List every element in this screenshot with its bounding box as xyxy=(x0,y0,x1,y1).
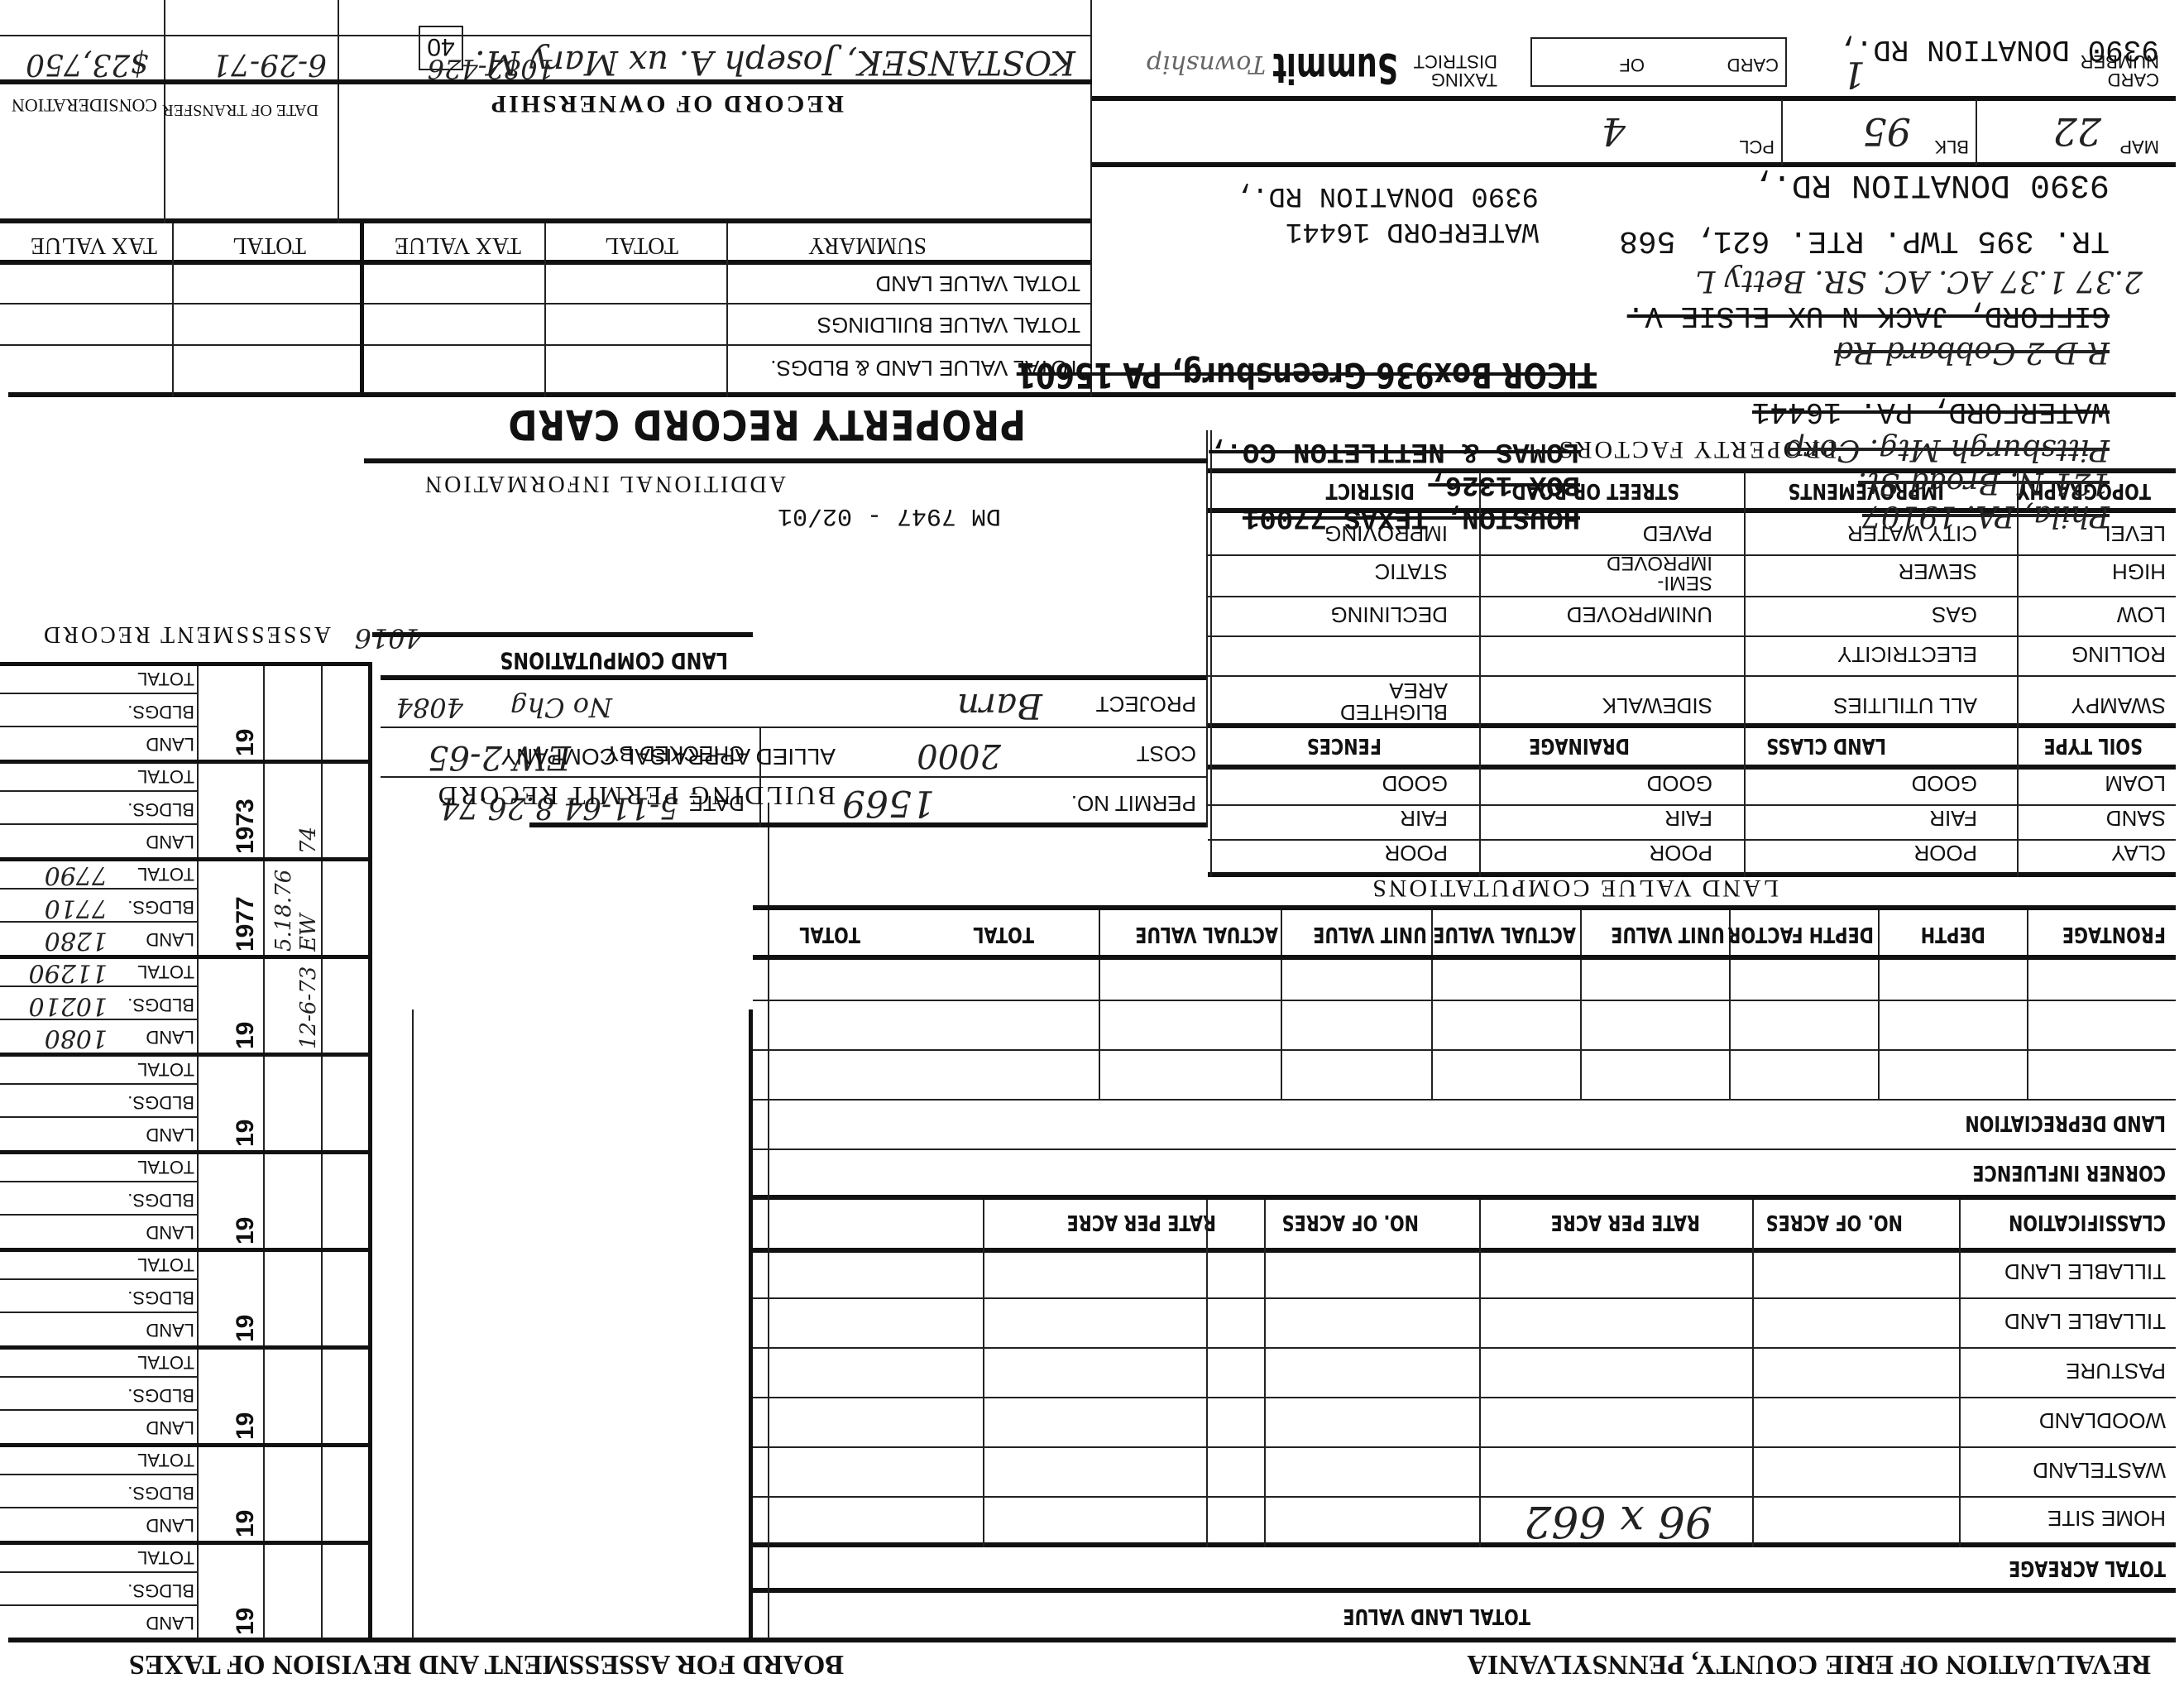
address-9390-donation: 9390 DONATION RD., xyxy=(1752,165,2110,203)
assessment-year-block: 19LANDBLDGS.TOTAL xyxy=(0,1345,372,1443)
soil-sand: SAND xyxy=(2106,805,2166,831)
woodland-label: WOODLAND xyxy=(2039,1407,2166,1433)
address-waterford-old: WATERFORD, PA. 16441 xyxy=(1752,395,2110,429)
blk-label: BLK xyxy=(1934,136,1969,157)
township-stamp: Township xyxy=(1147,50,1266,79)
lvc-unit-value-1: UNIT VALUE xyxy=(1611,922,1725,947)
assessment-row-label-bldgs: BLDGS. xyxy=(127,1091,194,1113)
assessment-row-label-bldgs: BLDGS. xyxy=(127,1580,194,1601)
assessment-row-label-total: TOTAL xyxy=(137,1351,194,1373)
appraisal-company: ALLIED APPRAISAL COMPANY xyxy=(500,743,836,770)
assessment-year: 1973 xyxy=(232,798,260,854)
topo-rolling: ROLLING xyxy=(2071,641,2166,667)
lvc-frontage: FRONTAGE xyxy=(2062,922,2166,947)
soil-clay: CLAY xyxy=(2111,840,2166,866)
card-number-label: CARD NUMBER xyxy=(2060,52,2159,89)
blk-value: 95 xyxy=(1862,109,1911,154)
assessment-row-label-total: TOTAL xyxy=(137,1058,194,1080)
assessment-value: 1280 xyxy=(45,926,108,955)
assessment-year-block: 19LANDBLDGS.TOTAL xyxy=(0,1248,372,1345)
project-value: Barn xyxy=(957,686,1042,727)
assessment-row-label-bldgs: BLDGS. xyxy=(127,994,194,1015)
topo-low: LOW xyxy=(2117,602,2166,627)
assessment-row-label-total: TOTAL xyxy=(137,1156,194,1177)
fences-poor: POOR xyxy=(1384,840,1448,866)
impr-all-utilities: ALL UTILITIES xyxy=(1833,693,1977,718)
assessment-year-block: 19LANDBLDGS.TOTAL xyxy=(0,1150,372,1248)
col-no-of-acres-2: NO. OF ACRES xyxy=(1282,1210,1419,1235)
col-rate-per-acre-1: RATE PER ACRE xyxy=(1551,1210,1700,1235)
header-revaluation-title: REVALUATION OF ERIE COUNTY, PENNSYLVANIA xyxy=(1467,1648,2151,1680)
street-sidewalk: SIDEWALK xyxy=(1602,693,1712,718)
drainage-fair: FAIR xyxy=(1664,805,1712,831)
header-board-title: BOARD FOR ASSESSMENT AND REVISION OF TAX… xyxy=(129,1648,844,1680)
assessment-row-label-land: LAND xyxy=(146,928,194,950)
lvc-total-1: TOTAL xyxy=(973,922,1034,947)
impr-sewer: SEWER xyxy=(1899,559,1977,584)
impr-gas: GAS xyxy=(1932,602,1977,627)
summary-total-land: TOTAL VALUE LAND xyxy=(875,271,1080,296)
card-number-value: 1 xyxy=(1842,53,1865,95)
ownership-title: RECORD OF OWNERSHIP xyxy=(489,89,844,117)
assessment-year: 1977 xyxy=(232,896,260,952)
card-of-of-label: OF xyxy=(1619,54,1645,75)
lvc-actual-value-2: ACTUAL VALUE xyxy=(1135,922,1278,947)
mortgage-pittsburgh: Pittsburgh Mtg. Corp xyxy=(1786,433,2110,467)
drainage-good: GOOD xyxy=(1647,770,1712,796)
lvc-depth-factor: DEPTH FACTOR xyxy=(1727,922,1874,947)
assessment-record-title: ASSESSMENT RECORD xyxy=(41,621,331,647)
lvc-depth: DEPTH xyxy=(1921,922,1985,947)
land-computations-note: 4016 xyxy=(355,622,422,654)
assessment-row-label-total: TOTAL xyxy=(137,1254,194,1275)
assessment-year-block: 19LANDBLDGS.TOTAL xyxy=(0,662,372,760)
building-permit-title: BUILDING PERMIT RECORD xyxy=(436,780,836,811)
assessment-row-label-land: LAND xyxy=(146,831,194,852)
assessment-row-label-total: TOTAL xyxy=(137,1547,194,1568)
col-rate-per-acre-2: RATE PER ACRE xyxy=(1067,1210,1216,1235)
topo-high: HIGH xyxy=(2112,559,2166,584)
assessment-row-label-land: LAND xyxy=(146,1417,194,1438)
additional-info-label: ADDITIONAL INFORMATION xyxy=(423,470,786,496)
parcel-row: MAP 22 BLK 95 PCL 4 xyxy=(1092,99,2176,165)
date-of-transfer-label: DATE OF TRANSFER xyxy=(162,100,318,119)
assessment-row-label-bldgs: BLDGS. xyxy=(127,896,194,918)
permit-note-no-chg: No Chg xyxy=(510,692,612,723)
assessment-year-block: 19LANDBLDGS.TOTAL xyxy=(0,1053,372,1150)
land-value-computations-title: LAND VALUE COMPUTATIONS xyxy=(1370,874,1779,902)
record-of-ownership: RECORD OF OWNERSHIP DATE OF TRANSFER CON… xyxy=(0,0,1092,182)
topo-swampy: SWAMPY xyxy=(2071,693,2166,718)
permit-no-label: PERMIT NO. xyxy=(1071,790,1196,816)
assessment-year: 19 xyxy=(232,1120,260,1147)
impr-electricity: ELECTRICITY xyxy=(1837,641,1977,667)
cost-value: 2000 xyxy=(917,736,1001,774)
taxing-district-value: Summit xyxy=(1272,44,1398,92)
summary-col-total-1: TOTAL xyxy=(605,232,678,258)
assessment-row-label-land: LAND xyxy=(146,1221,194,1243)
col-no-of-acres-1: NO. OF ACRES xyxy=(1766,1210,1903,1235)
street-paved: PAVED xyxy=(1643,520,1712,546)
assessment-row-label-total: TOTAL xyxy=(137,961,194,982)
assessment-note: 5.18.76 EW xyxy=(271,861,321,952)
cost-label: COST xyxy=(1137,741,1196,766)
assessment-year: 19 xyxy=(232,729,260,756)
box-number: 40 xyxy=(419,26,463,70)
corner-influence-label: CORNER INFLUENCE xyxy=(1972,1160,2166,1185)
assessment-row-label-bldgs: BLDGS. xyxy=(127,798,194,820)
property-factors-section: CLAY POOR POOR POOR SAND FAIR FAIR FAIR … xyxy=(1208,546,2176,877)
lvc-unit-value-2: UNIT VALUE xyxy=(1313,922,1427,947)
assessment-year-block: 197374LANDBLDGS.TOTAL xyxy=(0,760,372,857)
summary-col-tax-value-2: TAX VALUE xyxy=(31,232,157,258)
lvc-actual-value-1: ACTUAL VALUE xyxy=(1433,922,1576,947)
address-rd2: R D 2 Gobbard Rd xyxy=(1834,335,2110,369)
lomas-houston: HOUSTON, TEXAS 77001 xyxy=(1243,501,1580,533)
assessment-value: 10210 xyxy=(29,991,108,1020)
assessment-year-block: 19LANDBLDGS.TOTAL xyxy=(0,1443,372,1541)
assessment-row-label-bldgs: BLDGS. xyxy=(127,1482,194,1503)
assessment-note: 12-6-73 xyxy=(296,966,321,1049)
address-tr-395: TR. 395 TWP. RTE. 621, 568 xyxy=(1619,223,2110,258)
mortgage-broad-st: 121 N. Broad St. xyxy=(1858,466,2110,500)
land-class-fair: FAIR xyxy=(1929,805,1977,831)
assessment-row-label-bldgs: BLDGS. xyxy=(127,701,194,722)
summary-section: TOTAL VALUE LAND & BLDGS. TOTAL VALUE BU… xyxy=(0,232,1092,397)
land-depreciation-label: LAND DEPRECIATION xyxy=(1965,1110,2166,1135)
tillable-land-label-2: TILLABLE LAND xyxy=(2004,1259,2166,1284)
assessment-row-label-bldgs: BLDGS. xyxy=(127,1287,194,1308)
assessment-year: 19 xyxy=(232,1510,260,1537)
mortgage-phila: Phila, PA. 19107 xyxy=(1862,499,2110,533)
assessment-value: 1080 xyxy=(45,1024,108,1053)
drainage-poor: POOR xyxy=(1649,840,1712,866)
summary-col-tax-value-1: TAX VALUE xyxy=(395,232,521,258)
land-class-header: LAND CLASS xyxy=(1766,733,1886,758)
consideration-value: $23,750 xyxy=(26,47,149,81)
pasture-label: PASTURE xyxy=(2066,1358,2166,1383)
transfer-date: 6-29-71 xyxy=(212,47,327,81)
district-header: DISTRICT xyxy=(1326,478,1415,503)
drainage-header: DRAINAGE xyxy=(1529,733,1630,758)
assessment-value: 7790 xyxy=(45,861,108,890)
district-blighted-area: BLIGHTED AREA xyxy=(1332,680,1448,723)
fences-fair: FAIR xyxy=(1400,805,1448,831)
fences-header: FENCES xyxy=(1307,733,1382,758)
permit-no-value: 1569 xyxy=(842,782,935,824)
assessment-row-label-total: TOTAL xyxy=(137,765,194,787)
permit-note-4084: 4084 xyxy=(396,692,463,723)
assessment-year: 19 xyxy=(232,1412,260,1440)
home-site-value: 96 x 662 xyxy=(1524,1496,1712,1546)
tillable-land-label-1: TILLABLE LAND xyxy=(2004,1308,2166,1334)
assessment-value: 11290 xyxy=(29,958,108,987)
consideration-label: CONSIDERATION xyxy=(12,94,157,116)
project-label: PROJECT xyxy=(1096,691,1196,717)
owner-kostansek: KOSTANSEK, Joseph A. ux Mary M. xyxy=(475,43,1075,81)
fences-good: GOOD xyxy=(1382,770,1448,796)
footer-row: CARD NUMBER 1 CARD OF TAXING DISTRICT Su… xyxy=(1092,4,2176,95)
home-site-label: HOME SITE xyxy=(2047,1505,2166,1531)
total-land-value-label: TOTAL LAND VALUE xyxy=(1343,1604,1530,1628)
land-section: TOTAL LAND VALUE TOTAL ACREAGE HOME SITE… xyxy=(753,803,2176,1638)
assessment-year-block: 19775.18.76 EWLAND1280BLDGS.7710TOTAL779… xyxy=(0,857,372,955)
lomas-box: BOX 1326, xyxy=(1428,468,1580,500)
assessment-row-label-land: LAND xyxy=(146,1319,194,1340)
assessment-year: 19 xyxy=(232,1315,260,1342)
land-class-good: GOOD xyxy=(1912,770,1977,796)
assessment-note: 74 xyxy=(296,827,321,854)
assessment-row-label-total: TOTAL xyxy=(137,1449,194,1470)
map-label: MAP xyxy=(2119,136,2159,157)
mailing-line-1: 9390 DONATION RD., xyxy=(1235,180,1539,211)
classification-label: CLASSIFICATION xyxy=(2009,1210,2166,1235)
card-of-card-label: CARD xyxy=(1727,54,1779,75)
address-acreage: 2.37 1.37 AC. AC. SR. Betty L xyxy=(1695,264,2143,298)
property-record-card: REVALUATION OF ERIE COUNTY, PENNSYLVANIA… xyxy=(0,0,2184,1688)
assessment-row-label-land: LAND xyxy=(146,1612,194,1633)
owner-gifford: GIFFORD, JACK N UX ELSIE V. xyxy=(1627,299,2110,333)
soil-loam: LOAM xyxy=(2105,770,2166,796)
assessment-row-label-land: LAND xyxy=(146,1514,194,1536)
assessment-year-block: 19LANDBLDGS.TOTAL xyxy=(0,1541,372,1638)
assessment-year-block: 1912-6-73LAND1080BLDGS.10210TOTAL11290 xyxy=(0,955,372,1053)
district-declining: DECLINING xyxy=(1330,602,1448,627)
street-semi-improved: SEMI-IMPROVED xyxy=(1580,553,1712,592)
summary-header: SUMMARY xyxy=(808,232,927,258)
assessment-year: 19 xyxy=(232,1022,260,1049)
taxing-district-label: TAXING DISTRICT xyxy=(1406,52,1497,89)
assessment-row-label-bldgs: BLDGS. xyxy=(127,1384,194,1406)
soil-type-header: SOIL TYPE xyxy=(2043,733,2143,758)
land-class-poor: POOR xyxy=(1913,840,1977,866)
dm-code: DM 7947 - 02/01 xyxy=(778,501,1001,530)
assessment-value: 7710 xyxy=(45,894,108,923)
mailing-line-2: WATERFORD 16441 xyxy=(1286,215,1539,247)
assessment-row-label-total: TOTAL xyxy=(137,668,194,689)
lomas-nettleton: LOMAS & NETTLETON CO., xyxy=(1209,435,1580,467)
summary-col-total-2: TOTAL xyxy=(232,232,306,258)
assessment-row-label-land: LAND xyxy=(146,1124,194,1145)
summary-total-buildings: TOTAL VALUE BUILDINGS xyxy=(817,312,1080,338)
street-unimproved: UNIMPROVED xyxy=(1567,602,1712,627)
assessment-row-label-land: LAND xyxy=(146,1026,194,1048)
ticor-address: TICOR Box936 Greensburg, PA 15601 xyxy=(1017,355,1597,396)
district-static: STATIC xyxy=(1374,559,1448,584)
assessment-year: 19 xyxy=(232,1217,260,1244)
assessment-row-label-total: TOTAL xyxy=(137,863,194,885)
land-computations-box xyxy=(405,1009,753,1638)
card-of-box: CARD OF xyxy=(1530,37,1787,87)
land-computations-title: LAND COMPUTATIONS xyxy=(500,647,728,674)
pcl-label: PCL xyxy=(1739,136,1774,157)
map-value: 22 xyxy=(2052,109,2101,154)
lvc-total-2: TOTAL xyxy=(799,922,860,947)
total-acreage-label: TOTAL ACREAGE xyxy=(2009,1556,2166,1580)
property-record-card-title: PROPERTY RECORD CARD xyxy=(507,400,1026,448)
assessment-row-label-bldgs: BLDGS. xyxy=(127,1189,194,1211)
pcl-value: 4 xyxy=(1602,109,1626,154)
assessment-year: 19 xyxy=(232,1608,260,1635)
assessment-row-label-land: LAND xyxy=(146,733,194,755)
wasteland-label: WASTELAND xyxy=(2033,1457,2166,1483)
